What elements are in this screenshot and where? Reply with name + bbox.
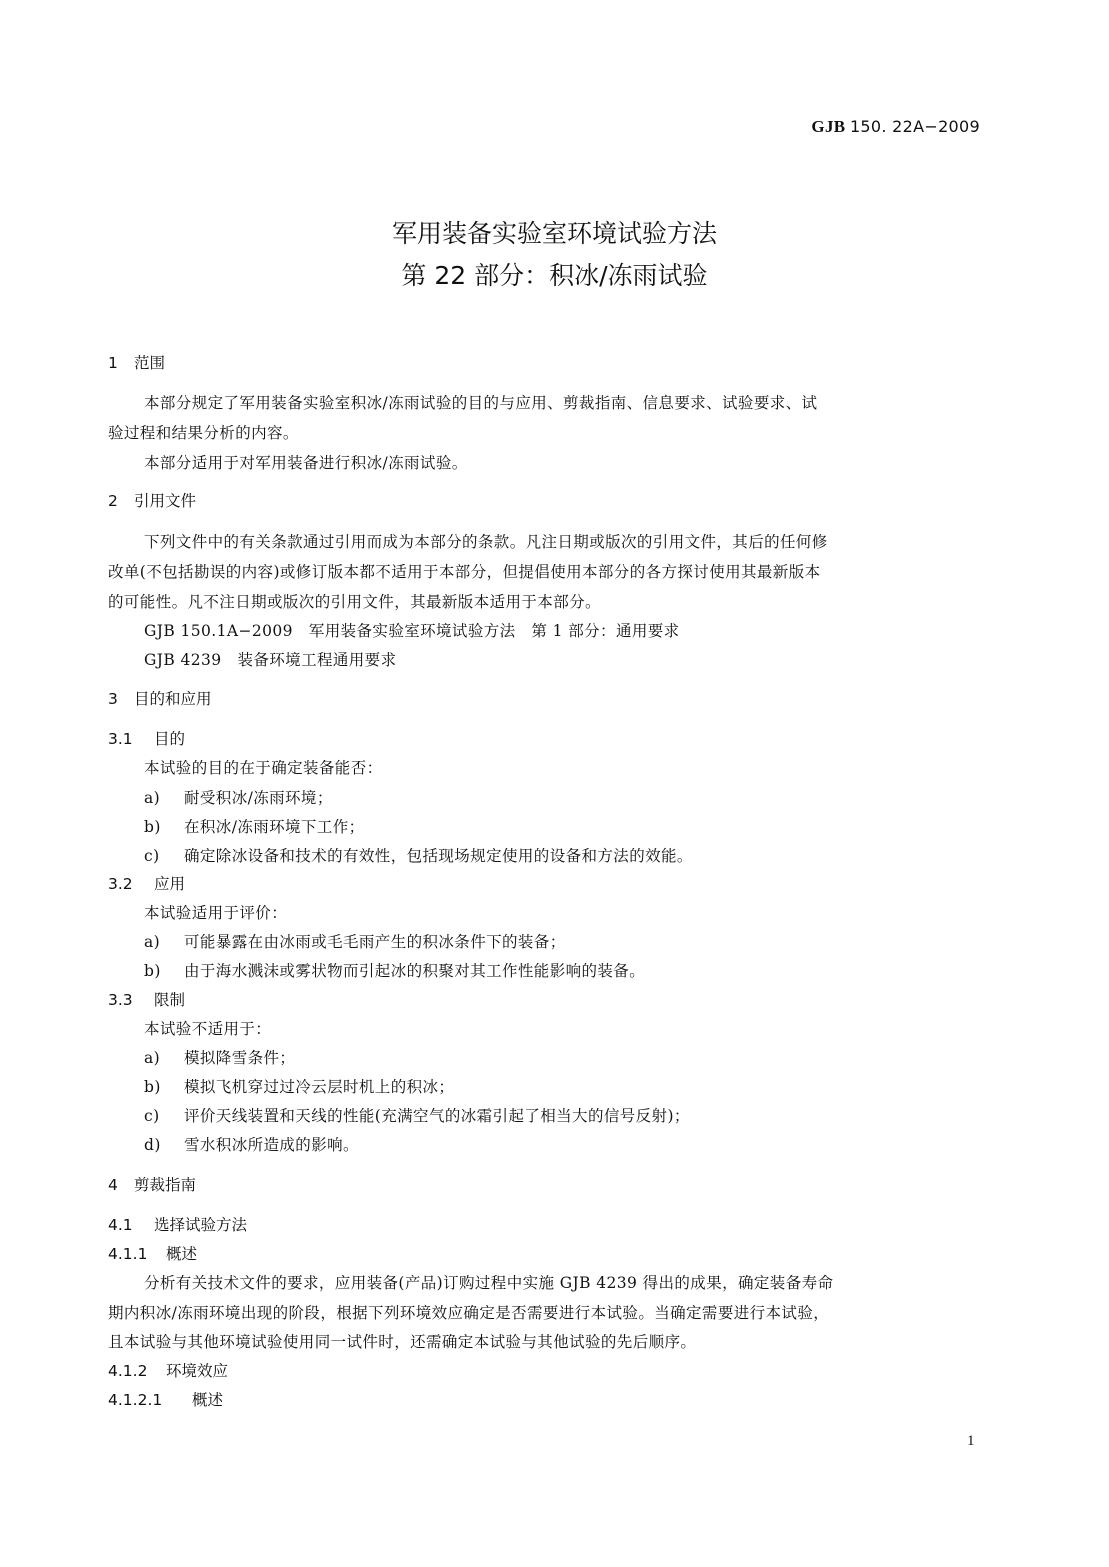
section-4-1-1-paragraph-line1: 分析有关技术文件的要求，应用装备(产品)订购过程中实施 GJB 4239 得出的…: [144, 1271, 833, 1293]
section-3-3-intro: 本试验不适用于：: [144, 1017, 271, 1039]
section-3-3-heading: 3.3限制: [108, 988, 185, 1010]
reference-item: GJB 150.1A−2009 军用装备实验室环境试验方法 第 1 部分：通用要…: [144, 619, 680, 641]
section-4-1-heading: 4.1选择试验方法: [108, 1213, 247, 1235]
section-1-paragraph-line1: 本部分规定了军用装备实验室积冰/冻雨试验的目的与应用、剪裁指南、信息要求、试验要…: [144, 391, 817, 413]
section-3-1-intro: 本试验的目的在于确定装备能否：: [144, 756, 383, 778]
list-item: b)模拟飞机穿过过冷云层时机上的积冰；: [144, 1075, 454, 1097]
standard-code-number: 150. 22A−2009: [850, 117, 980, 136]
section-3-1-heading: 3.1目的: [108, 727, 185, 749]
document-title-line1: 军用装备实验室环境试验方法: [0, 214, 1109, 250]
list-item: c)评价天线装置和天线的性能(充满空气的冰霜引起了相当大的信号反射)；: [144, 1104, 690, 1126]
section-1-paragraph2: 本部分适用于对军用装备进行积冰/冻雨试验。: [144, 451, 468, 473]
standard-code-prefix: GJB: [811, 117, 845, 136]
section-3-heading: 3目的和应用: [108, 687, 212, 709]
section-4-1-2-1-heading: 4.1.2.1概述: [108, 1388, 223, 1410]
section-1-paragraph-line2: 验过程和结果分析的内容。: [108, 421, 299, 443]
section-2-paragraph-line2: 改单(不包括勘误的内容)或修订版本都不适用于本部分，但提倡使用本部分的各方探讨使…: [108, 560, 821, 582]
list-item: a)可能暴露在由冰雨或毛毛雨产生的积冰条件下的装备；: [144, 930, 566, 952]
section-2-paragraph-line1: 下列文件中的有关条款通过引用而成为本部分的条款。凡注日期或版次的引用文件，其后的…: [144, 530, 828, 552]
page-number: 1: [967, 1433, 975, 1450]
section-1-heading: 1范围: [108, 351, 165, 373]
section-4-1-1-heading: 4.1.1概述: [108, 1242, 197, 1264]
section-4-1-1-paragraph-line2: 期内积冰/冻雨环境出现的阶段，根据下列环境效应确定是否需要进行本试验。当确定需要…: [108, 1301, 829, 1323]
section-2-heading: 2引用文件: [108, 489, 196, 511]
section-2-paragraph-line3: 的可能性。凡不注日期或版次的引用文件，其最新版本适用于本部分。: [108, 590, 601, 612]
section-3-2-heading: 3.2应用: [108, 872, 185, 894]
list-item: b)由于海水溅沫或雾状物而引起冰的积聚对其工作性能影响的装备。: [144, 959, 645, 981]
list-item: b)在积冰/冻雨环境下工作；: [144, 815, 365, 837]
section-3-2-intro: 本试验适用于评价：: [144, 901, 287, 923]
section-4-1-1-paragraph-line3: 且本试验与其他环境试验使用同一试件时，还需确定本试验与其他试验的先后顺序。: [108, 1330, 696, 1352]
reference-item: GJB 4239 装备环境工程通用要求: [144, 648, 396, 670]
document-title-line2: 第 22 部分：积冰/冻雨试验: [0, 256, 1109, 292]
list-item: a)耐受积冰/冻雨环境；: [144, 786, 333, 808]
standard-code: GJB 150. 22A−2009: [811, 117, 980, 137]
list-item: a)模拟降雪条件；: [144, 1046, 295, 1068]
section-4-heading: 4剪裁指南: [108, 1173, 196, 1195]
section-4-1-2-heading: 4.1.2环境效应: [108, 1359, 228, 1381]
list-item: d)雪水积冰所造成的影响。: [144, 1133, 359, 1155]
list-item: c)确定除冰设备和技术的有效性，包括现场规定使用的设备和方法的效能。: [144, 844, 693, 866]
